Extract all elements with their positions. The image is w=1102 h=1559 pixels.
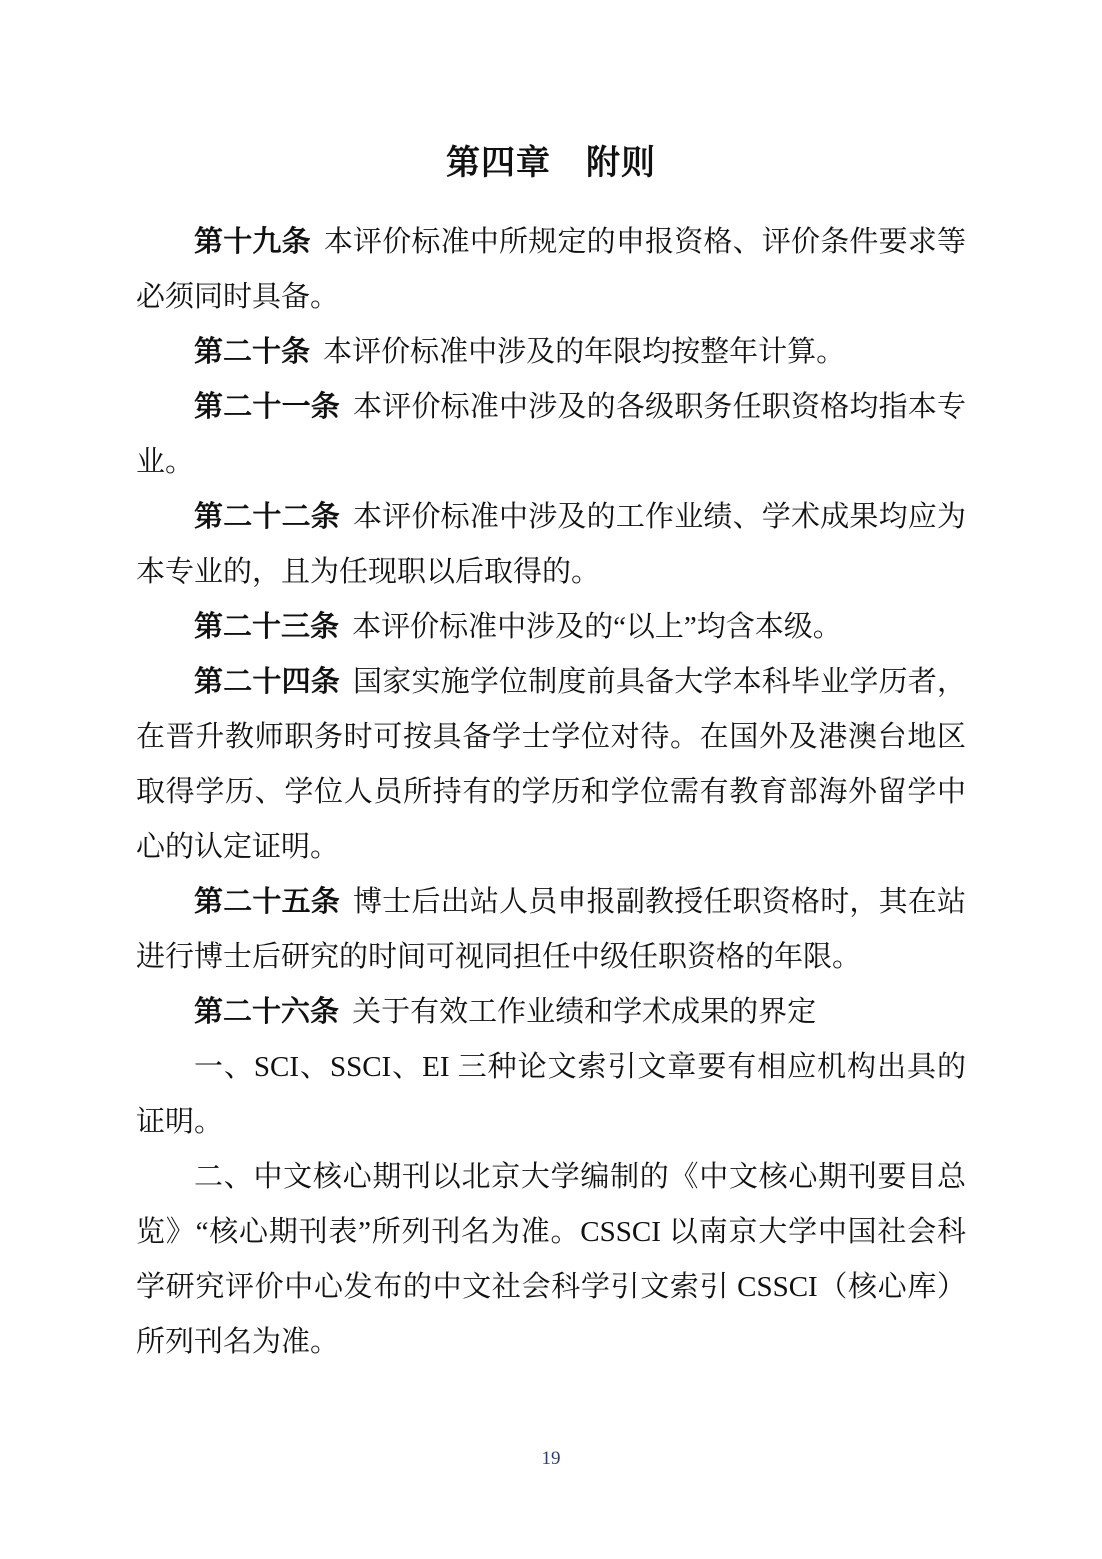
- article-text: 本评价标准中涉及的年限均按整年计算。: [323, 336, 845, 368]
- article-text: 关于有效工作业绩和学术成果的界定: [352, 996, 816, 1028]
- paragraph-article-23: 第二十三条本评价标准中涉及的“以上”均含本级。: [136, 600, 966, 655]
- article-number: 第二十二条: [194, 501, 340, 533]
- paragraph-article-20: 第二十条本评价标准中涉及的年限均按整年计算。: [136, 325, 966, 380]
- article-text: 本评价标准中涉及的“以上”均含本级。: [352, 611, 842, 643]
- article-text: 一、SCI、SSCI、EI 三种论文索引文章要有相应机构出具的证明。: [136, 1051, 966, 1138]
- chapter-title: 第四章 附则: [136, 140, 966, 215]
- paragraph-article-26: 第二十六条关于有效工作业绩和学术成果的界定: [136, 985, 966, 1040]
- paragraph-article-19: 第十九条本评价标准中所规定的申报资格、评价条件要求等必须同时具备。: [136, 215, 966, 325]
- paragraph-article-25: 第二十五条博士后出站人员申报副教授任职资格时，其在站进行博士后研究的时间可视同担…: [136, 875, 966, 985]
- paragraph-item-1: 一、SCI、SSCI、EI 三种论文索引文章要有相应机构出具的证明。: [136, 1040, 966, 1150]
- paragraph-item-2: 二、中文核心期刊以北京大学编制的《中文核心期刊要目总览》“核心期刊表”所列刊名为…: [136, 1150, 966, 1370]
- page-number: 19: [0, 1448, 1102, 1470]
- article-text: 二、中文核心期刊以北京大学编制的《中文核心期刊要目总览》“核心期刊表”所列刊名为…: [136, 1161, 966, 1358]
- paragraph-article-24: 第二十四条国家实施学位制度前具备大学本科毕业学历者，在晋升教师职务时可按具备学士…: [136, 655, 966, 875]
- article-number: 第十九条: [194, 226, 311, 258]
- article-number: 第二十四条: [194, 666, 340, 698]
- paragraph-article-21: 第二十一条本评价标准中涉及的各级职务任职资格均指本专业。: [136, 380, 966, 490]
- article-number: 第二十条: [194, 336, 310, 368]
- article-number: 第二十一条: [194, 391, 340, 423]
- document-body: 第四章 附则 第十九条本评价标准中所规定的申报资格、评价条件要求等必须同时具备。…: [136, 140, 966, 1370]
- paragraph-article-22: 第二十二条本评价标准中涉及的工作业绩、学术成果均应为本专业的，且为任现职以后取得…: [136, 490, 966, 600]
- article-number: 第二十六条: [194, 996, 339, 1028]
- article-number: 第二十三条: [194, 611, 339, 643]
- article-number: 第二十五条: [194, 886, 340, 918]
- document-page: 第四章 附则 第十九条本评价标准中所规定的申报资格、评价条件要求等必须同时具备。…: [0, 0, 1102, 1559]
